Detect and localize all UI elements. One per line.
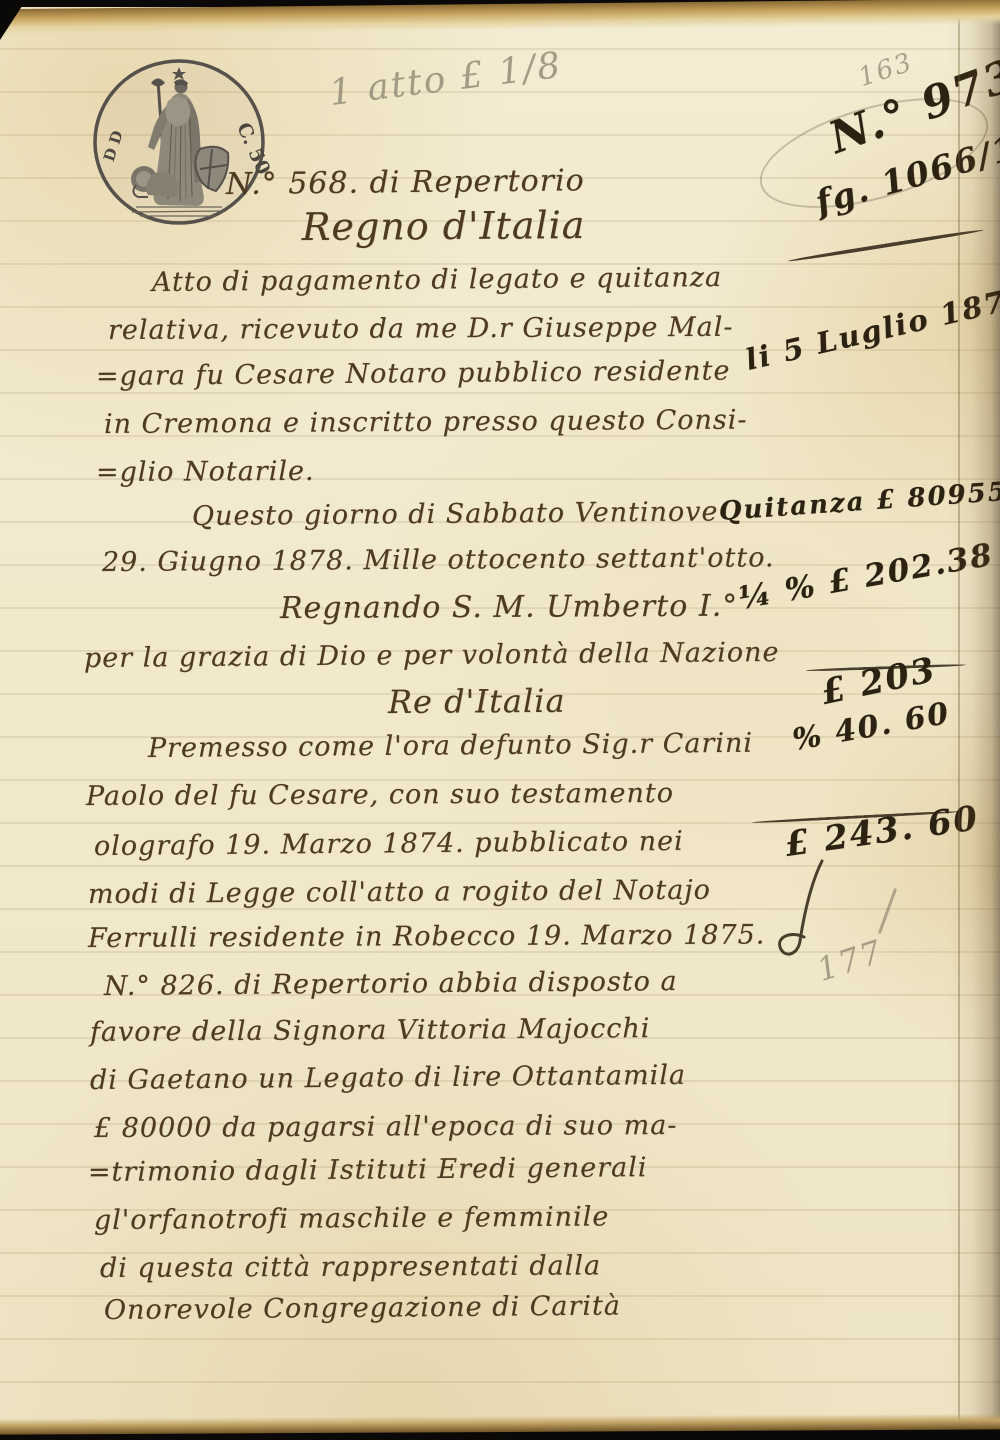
body-line: Re d'Italia (388, 682, 566, 721)
scan-corner-shadow (0, 0, 26, 40)
body-line: relativa, ricevuto da me D.r Giuseppe Ma… (108, 312, 734, 346)
body-line: =glio Notarile. (96, 456, 315, 488)
body-line: =gara fu Cesare Notaro pubblico resident… (96, 355, 731, 392)
scanned-notarial-document: { "document": { "stamp": { "denomination… (0, 0, 1000, 1440)
body-line: 29. Giugno 1878. Mille ottocento settant… (102, 542, 775, 578)
body-line: Questo giorno di Sabbato Ventinove (192, 496, 719, 532)
body-line: Regno d'Italia (302, 203, 586, 249)
body-line: favore della Signora Vittoria Majocchi (90, 1013, 651, 1048)
page-curl-shading (948, 7, 1000, 1427)
pencil-slash-mark (878, 888, 897, 934)
body-line: gl'orfanotrofi maschile e femminile (94, 1201, 610, 1236)
body-line: Premesso come l'ora defunto Sig.r Carini (148, 728, 753, 764)
body-line: N.° 568. di Repertorio (226, 163, 585, 202)
body-line: in Cremona e inscritto presso questo Con… (104, 405, 748, 440)
body-line: Ferrulli residente in Robecco 19. Marzo … (88, 919, 766, 954)
body-line: di Gaetano un Legato di lire Ottantamila (90, 1060, 686, 1096)
body-line: Onorevole Congregazione di Carità (104, 1290, 621, 1326)
body-line: modi di Legge coll'atto a rogito del Not… (88, 875, 711, 910)
paper-sheet: C. 50 D D 1 atto £ 1/8 163 N.° 973 fg. 1… (0, 7, 1000, 1427)
margin-percent-amount: % 40. 60 (790, 696, 953, 758)
pencil-note-top: 1 atto £ 1/8 (327, 45, 564, 114)
body-line: =trimonio dagli Istituti Eredi generali (88, 1152, 648, 1188)
body-line: N.° 826. di Repertorio abbia disposto a (104, 966, 678, 1002)
body-line: di questa città rappresentati dalla (100, 1250, 601, 1284)
body-line: olografo 19. Marzo 1874. pubblicato nei (94, 826, 684, 862)
page-curl-crease (958, 7, 960, 1427)
body-line: £ 80000 da pagarsi all'epoca di suo ma- (94, 1110, 678, 1144)
body-line: Atto di pagamento di legato e quitanza (152, 262, 722, 298)
body-line: Regnando S. M. Umberto I.° (280, 589, 738, 626)
body-line: per la grazia di Dio e per volontà della… (84, 637, 780, 674)
body-line: Paolo del fu Cesare, con suo testamento (86, 778, 674, 812)
